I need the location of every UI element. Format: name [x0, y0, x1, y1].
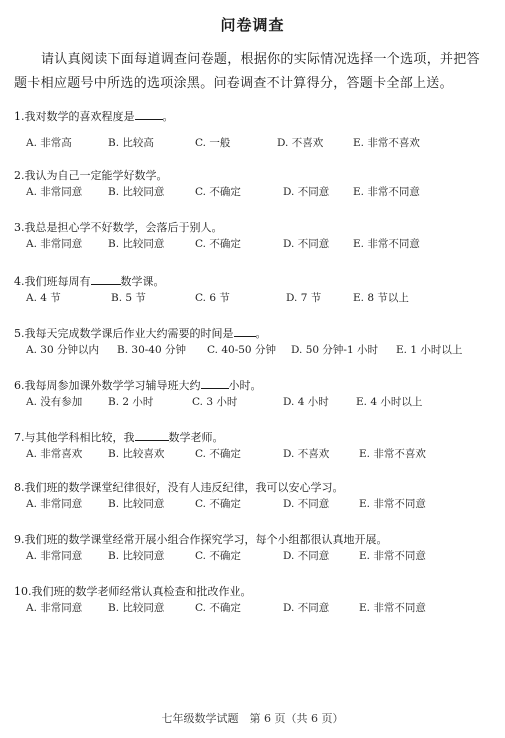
question-7: 7.与其他学科相比较，我数学老师。 A. 非常喜欢 B. 比较喜欢 C. 不确定… — [14, 429, 494, 461]
option-d[interactable]: D. 50 分钟-1 小时 — [291, 343, 378, 357]
question-text: 8.我们班的数学课堂纪律很好，没有人违反纪律，我可以安心学习。 — [14, 481, 494, 495]
question-text: 1.我对数学的喜欢程度是。 — [14, 108, 494, 124]
answer-blank — [135, 108, 163, 120]
question-8: 8.我们班的数学课堂纪律很好，没有人违反纪律，我可以安心学习。 A. 非常同意 … — [14, 481, 494, 511]
option-a[interactable]: A. 非常同意 — [26, 497, 82, 511]
option-d[interactable]: D. 4 小时 — [283, 395, 329, 409]
options-row: A. 非常同意 B. 比较同意 C. 不确定 D. 不同意 E. 非常不同意 — [14, 185, 494, 199]
option-b[interactable]: B. 比较喜欢 — [108, 447, 164, 461]
option-a[interactable]: A. 非常同意 — [26, 549, 82, 563]
question-text: 3.我总是担心学不好数学，会落后于别人。 — [14, 221, 494, 235]
option-e[interactable]: E. 非常不同意 — [359, 601, 426, 615]
options-row: A. 非常同意 B. 比较同意 C. 不确定 D. 不同意 E. 非常不同意 — [14, 497, 494, 511]
options-row: A. 4 节 B. 5 节 C. 6 节 D. 7 节 E. 8 节以上 — [14, 291, 494, 305]
question-text: 5.我每天完成数学课后作业大约需要的时间是。 — [14, 325, 494, 341]
page-footer: 七年级数学试题 第 6 页（共 6 页） — [0, 710, 505, 726]
options-row: A. 非常喜欢 B. 比较喜欢 C. 不确定 D. 不喜欢 E. 非常不喜欢 — [14, 447, 494, 461]
question-9: 9.我们班的数学课堂经常开展小组合作探究学习，每个小组都很认真地开展。 A. 非… — [14, 533, 494, 563]
option-c[interactable]: C. 不确定 — [195, 497, 241, 511]
option-c[interactable]: C. 3 小时 — [192, 395, 237, 409]
question-5: 5.我每天完成数学课后作业大约需要的时间是。 A. 30 分钟以内 B. 30-… — [14, 325, 494, 357]
question-text: 7.与其他学科相比较，我数学老师。 — [14, 429, 494, 445]
option-c[interactable]: C. 不确定 — [195, 447, 241, 461]
option-b[interactable]: B. 2 小时 — [108, 395, 153, 409]
option-c[interactable]: C. 40-50 分钟 — [207, 343, 276, 357]
option-b[interactable]: B. 比较同意 — [108, 185, 164, 199]
option-a[interactable]: A. 非常同意 — [26, 185, 82, 199]
option-e[interactable]: E. 非常不喜欢 — [359, 447, 426, 461]
option-c[interactable]: C. 6 节 — [195, 291, 230, 305]
option-c[interactable]: C. 不确定 — [195, 185, 241, 199]
option-a[interactable]: A. 非常高 — [26, 136, 72, 150]
option-e[interactable]: E. 1 小时以上 — [396, 343, 462, 357]
option-a[interactable]: A. 没有参加 — [26, 395, 82, 409]
option-a[interactable]: A. 4 节 — [26, 291, 61, 305]
option-c[interactable]: C. 不确定 — [195, 601, 241, 615]
option-a[interactable]: A. 非常同意 — [26, 237, 82, 251]
question-6: 6.我每周参加课外数学学习辅导班大约小时。 A. 没有参加 B. 2 小时 C.… — [14, 377, 494, 409]
question-4: 4.我们班每周有数学课。 A. 4 节 B. 5 节 C. 6 节 D. 7 节… — [14, 273, 494, 305]
question-text: 4.我们班每周有数学课。 — [14, 273, 494, 289]
option-a[interactable]: A. 30 分钟以内 — [26, 343, 99, 357]
question-1: 1.我对数学的喜欢程度是。 A. 非常高 B. 比较高 C. 一般 D. 不喜欢… — [14, 108, 494, 150]
option-e[interactable]: E. 8 节以上 — [353, 291, 409, 305]
option-e[interactable]: E. 非常不同意 — [359, 497, 426, 511]
option-c[interactable]: C. 一般 — [195, 136, 230, 150]
option-d[interactable]: D. 不同意 — [283, 185, 329, 199]
option-e[interactable]: E. 4 小时以上 — [356, 395, 422, 409]
answer-blank — [201, 377, 229, 389]
question-2: 2.我认为自己一定能学好数学。 A. 非常同意 B. 比较同意 C. 不确定 D… — [14, 169, 494, 199]
option-d[interactable]: D. 不同意 — [283, 549, 329, 563]
option-b[interactable]: B. 比较同意 — [108, 497, 164, 511]
answer-blank — [135, 429, 169, 441]
option-e[interactable]: E. 非常不喜欢 — [353, 136, 420, 150]
option-b[interactable]: B. 5 节 — [111, 291, 146, 305]
instructions: 请认真阅读下面每道调查问卷题，根据你的实际情况选择一个选项，并把答题卡相应题号中… — [14, 48, 492, 96]
option-c[interactable]: C. 不确定 — [195, 549, 241, 563]
answer-blank — [234, 325, 256, 337]
option-b[interactable]: B. 30-40 分钟 — [117, 343, 186, 357]
option-b[interactable]: B. 比较同意 — [108, 549, 164, 563]
option-b[interactable]: B. 比较高 — [108, 136, 154, 150]
page-title: 问卷调查 — [0, 14, 505, 35]
question-text: 9.我们班的数学课堂经常开展小组合作探究学习，每个小组都很认真地开展。 — [14, 533, 494, 547]
option-d[interactable]: D. 不喜欢 — [277, 136, 323, 150]
option-e[interactable]: E. 非常不同意 — [353, 237, 420, 251]
option-d[interactable]: D. 不同意 — [283, 601, 329, 615]
question-3: 3.我总是担心学不好数学，会落后于别人。 A. 非常同意 B. 比较同意 C. … — [14, 221, 494, 251]
option-d[interactable]: D. 不同意 — [283, 497, 329, 511]
options-row: A. 非常同意 B. 比较同意 C. 不确定 D. 不同意 E. 非常不同意 — [14, 549, 494, 563]
option-e[interactable]: E. 非常不同意 — [359, 549, 426, 563]
option-a[interactable]: A. 非常喜欢 — [26, 447, 82, 461]
options-row: A. 非常高 B. 比较高 C. 一般 D. 不喜欢 E. 非常不喜欢 — [14, 136, 494, 150]
answer-blank — [91, 273, 121, 285]
options-row: A. 30 分钟以内 B. 30-40 分钟 C. 40-50 分钟 D. 50… — [14, 343, 494, 357]
question-text: 2.我认为自己一定能学好数学。 — [14, 169, 494, 183]
option-b[interactable]: B. 比较同意 — [108, 237, 164, 251]
option-b[interactable]: B. 比较同意 — [108, 601, 164, 615]
option-d[interactable]: D. 不喜欢 — [283, 447, 329, 461]
question-text: 6.我每周参加课外数学学习辅导班大约小时。 — [14, 377, 494, 393]
options-row: A. 非常同意 B. 比较同意 C. 不确定 D. 不同意 E. 非常不同意 — [14, 237, 494, 251]
question-text: 10.我们班的数学老师经常认真检查和批改作业。 — [14, 585, 494, 599]
option-c[interactable]: C. 不确定 — [195, 237, 241, 251]
option-d[interactable]: D. 7 节 — [286, 291, 321, 305]
option-d[interactable]: D. 不同意 — [283, 237, 329, 251]
options-row: A. 非常同意 B. 比较同意 C. 不确定 D. 不同意 E. 非常不同意 — [14, 601, 494, 615]
option-e[interactable]: E. 非常不同意 — [353, 185, 420, 199]
options-row: A. 没有参加 B. 2 小时 C. 3 小时 D. 4 小时 E. 4 小时以… — [14, 395, 494, 409]
option-a[interactable]: A. 非常同意 — [26, 601, 82, 615]
question-10: 10.我们班的数学老师经常认真检查和批改作业。 A. 非常同意 B. 比较同意 … — [14, 585, 494, 615]
